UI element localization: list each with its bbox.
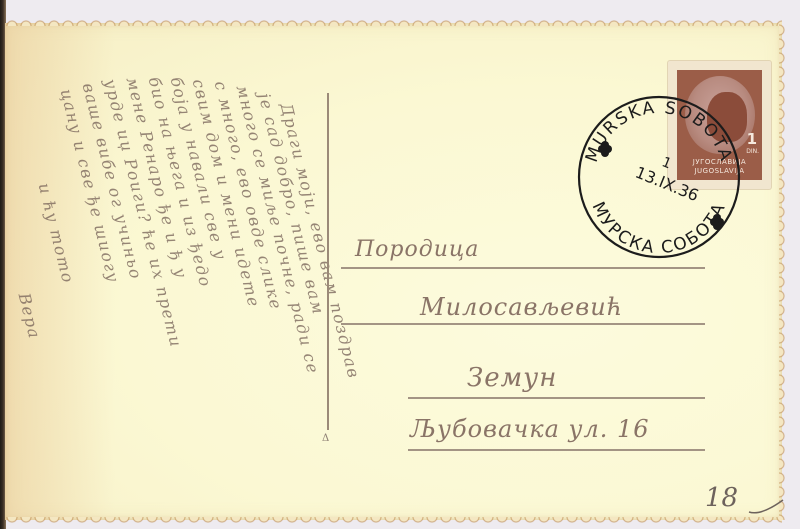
center-divider [327, 93, 329, 430]
handwritten-letter: Драги моји, ево вам поздрав је сад добро… [23, 61, 323, 521]
stamp-value: 1 [747, 130, 757, 148]
postmark-bottom-text: МУРСКА СОБОТА [588, 199, 731, 258]
letter-line: и ћу тото [35, 181, 78, 286]
address-rule-1 [341, 267, 705, 269]
postcard: Драги моји, ево вам поздрав је сад добро… [5, 23, 782, 520]
address-street: Љубовачка ул. 16 [410, 415, 650, 443]
stamp-country-latin: JUGOSLAVIJA [680, 167, 759, 175]
pencil-annotation: 18 [705, 483, 738, 513]
address-surname: Милосављевић [420, 293, 623, 321]
stamp-country-cyrillic: ЈУГОСЛАВИЈА [680, 158, 759, 166]
letter-signature: Вера [15, 291, 45, 341]
svg-text:МУРСКА СОБОТА: МУРСКА СОБОТА [588, 199, 731, 258]
address-rule-2 [341, 323, 705, 325]
pencil-stroke-icon [747, 498, 785, 516]
address-city: Земун [467, 363, 557, 393]
postage-stamp: 1 DIN. ЈУГОСЛАВИЈА JUGOSLAVIJA [668, 61, 771, 189]
address-recipient: Породица [355, 237, 479, 262]
clover-icon [710, 214, 724, 230]
address-rule-4 [408, 449, 705, 451]
king-portrait-icon [685, 76, 755, 154]
divider-mark: Δ [322, 433, 329, 444]
deckled-edge-top [5, 20, 782, 26]
deckled-edge-right [779, 23, 785, 520]
clover-icon [598, 141, 612, 157]
stamp-currency: DIN. [746, 148, 759, 155]
address-rule-3 [408, 397, 705, 399]
